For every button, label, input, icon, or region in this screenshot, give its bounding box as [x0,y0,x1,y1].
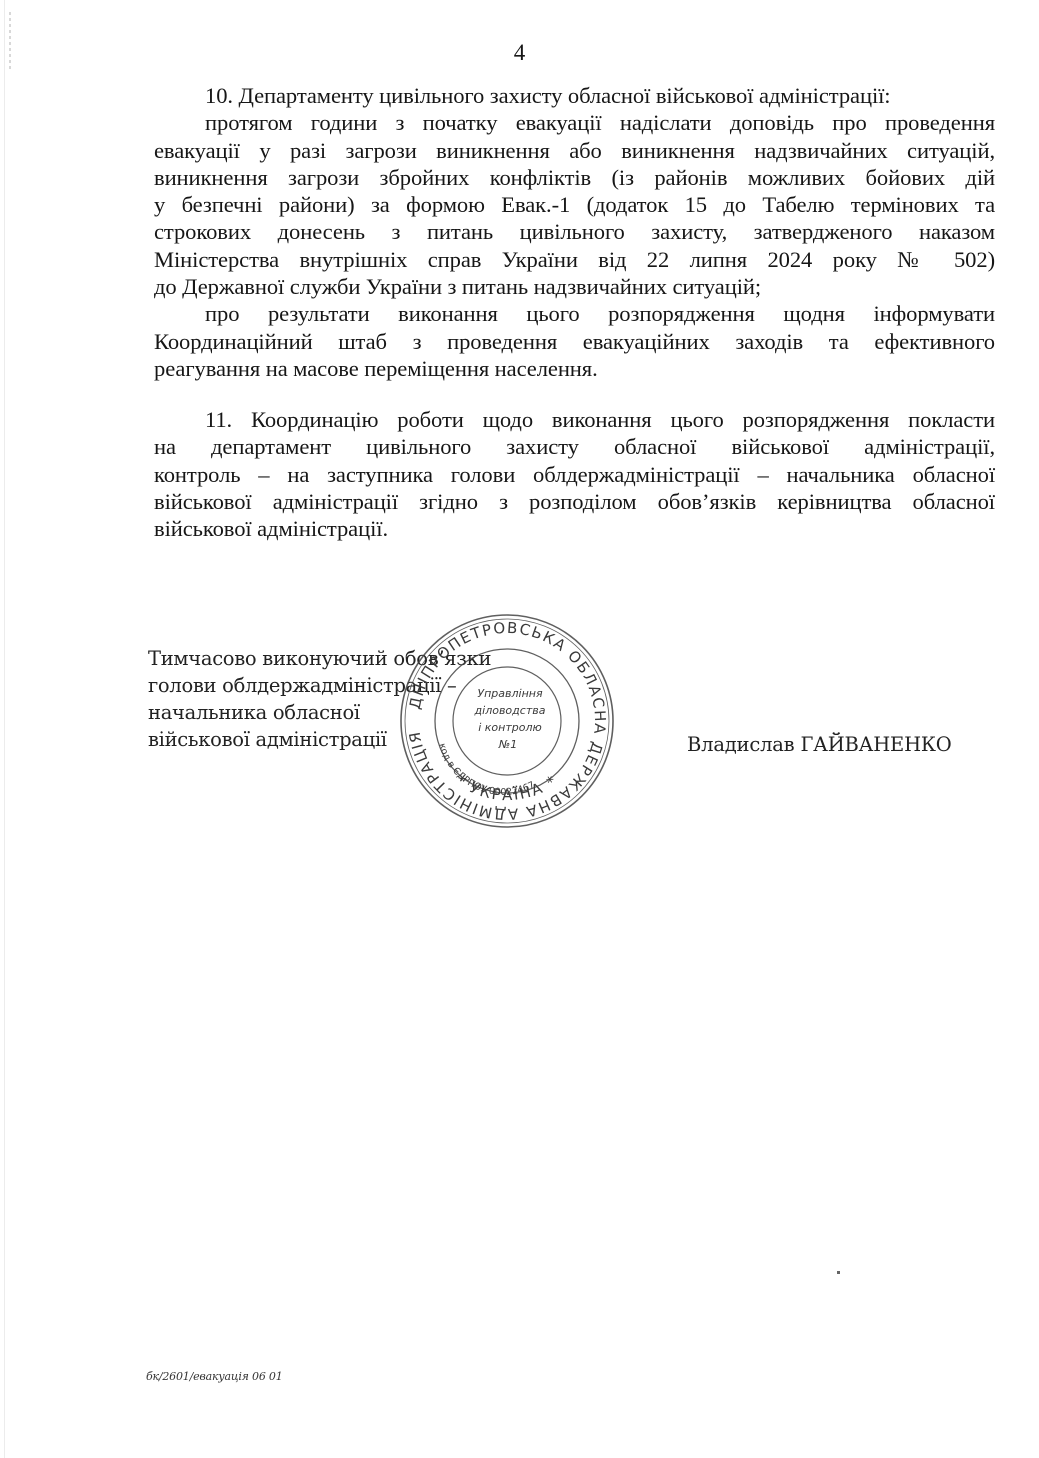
paragraph-line: строкових донесень з питань цивільного з… [154,218,995,245]
paragraph-line: реагування на масове переміщення населен… [154,355,995,382]
paragraph-line: Координаційний штаб з проведення евакуац… [154,328,995,355]
paragraph-line: виникнення загрози збройних конфліктів (… [154,164,995,191]
paragraph-line: у безпечні райони) за формою Евак.-1 (до… [154,191,995,218]
paragraph-line: військової адміністрації. [154,515,995,542]
paragraph-line: до Державної служби України з питань над… [154,273,995,300]
section-11: 11. Координацію роботи щодо виконання ць… [154,406,995,542]
section-10: 10. Департаменту цивільного захисту обла… [154,82,995,382]
paragraph-line: евакуації у разі загрози виникнення або … [154,137,995,164]
stamp-center-line: №1 [498,738,517,751]
official-stamp: ДНІПРОПЕТРОВСЬКА ОБЛАСНА ДЕРЖАВНА АДМІНІ… [398,608,616,834]
stamp-center-line: діловодства [474,704,546,717]
stamp-center-line: Управління [477,687,543,700]
paragraph-line: про результати виконання цього розпорядж… [154,300,995,327]
scan-edge-line [4,0,5,1458]
scan-speck [837,1271,840,1274]
stamp-center-line: і контролю [478,721,542,734]
section-10-heading: 10. Департаменту цивільного захисту обла… [154,82,995,109]
paragraph-line: 11. Координацію роботи щодо виконання ць… [154,406,995,433]
signer-name: Владислав ГАЙВАНЕНКО [687,733,952,756]
document-code: бк/2601/евакуація 06 01 [146,1370,283,1383]
paragraph-line: військової адміністрації згідно з розпод… [154,488,995,515]
paragraph-line: на департамент цивільного захисту обласн… [154,433,995,460]
paragraph-line: контроль – на заступника голови облдержа… [154,461,995,488]
page-number: 4 [0,40,1039,66]
paragraph-line: протягом години з початку евакуації наді… [154,109,995,136]
paragraph-line: Міністерства внутрішніх справ України ві… [154,246,995,273]
